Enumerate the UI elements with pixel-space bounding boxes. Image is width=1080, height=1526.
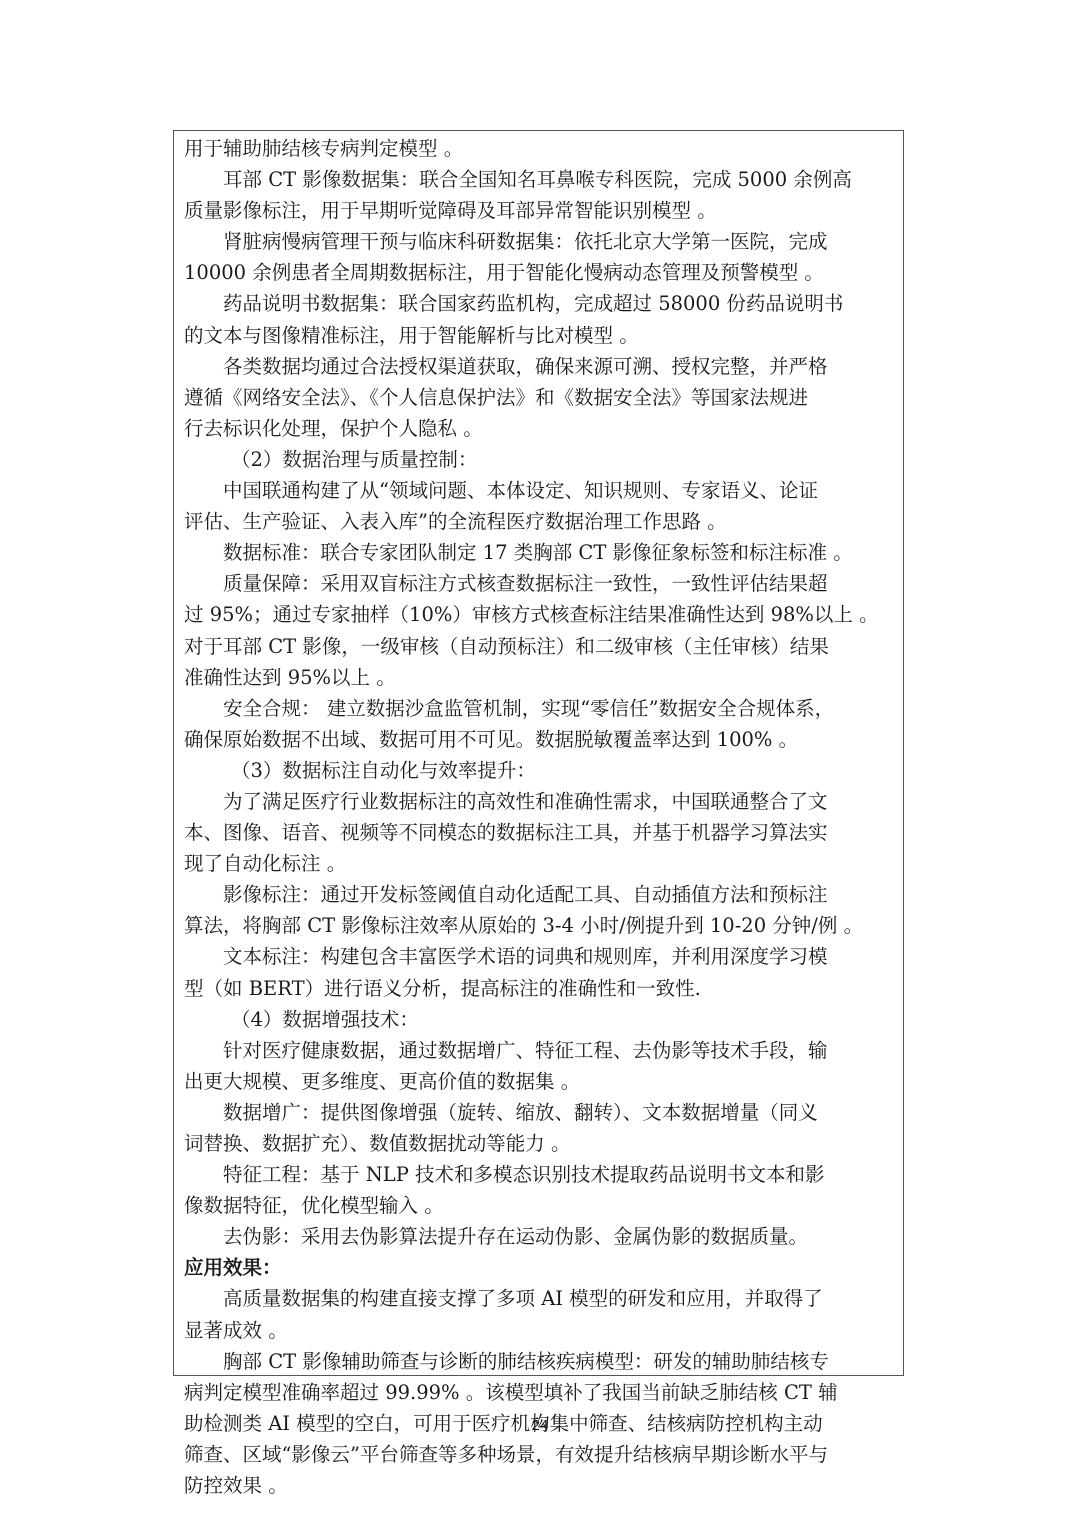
- text-line: 药品说明书数据集：联合国家药监机构，完成超过 58000 份药品说明书: [184, 288, 893, 319]
- paragraph: 高质量数据集的构建直接支撑了多项 AI 模型的研发和应用，并取得了显著成效 。: [184, 1283, 893, 1345]
- subsection-heading: （2）数据治理与质量控制：: [184, 444, 893, 475]
- text-line: 为了满足医疗行业数据标注的高效性和准确性需求，中国联通整合了文: [184, 786, 893, 817]
- text-line: 遵循《网络安全法》、《个人信息保护法》和《数据安全法》等国家法规进: [184, 382, 893, 413]
- paragraph: 针对医疗健康数据，通过数据增广、特征工程、去伪影等技术手段，输出更大规模、更多维…: [184, 1035, 893, 1097]
- text-line: 特征工程：基于 NLP 技术和多模态识别技术提取药品说明书文本和影: [184, 1159, 893, 1190]
- paragraph: 肾脏病慢病管理干预与临床科研数据集：依托北京大学第一医院，完成10000 余例患…: [184, 226, 893, 288]
- paragraph: 数据标准：联合专家团队制定 17 类胸部 CT 影像征象标签和标注标准 。: [184, 537, 893, 568]
- text-line: 的文本与图像精准标注，用于智能解析与比对模型 。: [184, 320, 893, 351]
- text-line: （2）数据治理与质量控制：: [184, 444, 893, 475]
- paragraph: 特征工程：基于 NLP 技术和多模态识别技术提取药品说明书文本和影像数据特征，优…: [184, 1159, 893, 1221]
- section-heading: 应用效果：: [184, 1252, 893, 1283]
- page-number: 24: [0, 1417, 1080, 1434]
- text-line: 耳部 CT 影像数据集：联合全国知名耳鼻喉专科医院，完成 5000 余例高: [184, 164, 893, 195]
- paragraph: 中国联通构建了从“领域问题、本体设定、知识规则、专家语义、论证评估、生产验证、入…: [184, 475, 893, 537]
- text-line: 数据增广：提供图像增强（旋转、缩放、翻转）、文本数据增量（同义: [184, 1097, 893, 1128]
- text-line: 病判定模型准确率超过 99.99% 。该模型填补了我国当前缺乏肺结核 CT 辅: [184, 1377, 893, 1408]
- text-line: 用于辅助肺结核专病判定模型 。: [184, 133, 893, 164]
- text-line: 高质量数据集的构建直接支撑了多项 AI 模型的研发和应用，并取得了: [184, 1283, 893, 1314]
- text-line: 中国联通构建了从“领域问题、本体设定、知识规则、专家语义、论证: [184, 475, 893, 506]
- text-line: 肾脏病慢病管理干预与临床科研数据集：依托北京大学第一医院，完成: [184, 226, 893, 257]
- text-line: （4）数据增强技术：: [184, 1004, 893, 1035]
- paragraph: 安全合规： 建立数据沙盒监管机制，实现“零信任”数据安全合规体系，确保原始数据不…: [184, 693, 893, 755]
- paragraph: 质量保障：采用双盲标注方式核查数据标注一致性，一致性评估结果超过 95%；通过专…: [184, 568, 893, 692]
- text-line: 针对医疗健康数据，通过数据增广、特征工程、去伪影等技术手段，输: [184, 1035, 893, 1066]
- text-line: 胸部 CT 影像辅助筛查与诊断的肺结核疾病模型：研发的辅助肺结核专: [184, 1346, 893, 1377]
- text-line: 确保原始数据不出域、数据可用不可见。数据脱敏覆盖率达到 100% 。: [184, 724, 893, 755]
- paragraph-continuation: 用于辅助肺结核专病判定模型 。: [184, 133, 893, 164]
- text-line: 质量保障：采用双盲标注方式核查数据标注一致性，一致性评估结果超: [184, 568, 893, 599]
- text-line: 出更大规模、更多维度、更高价值的数据集 。: [184, 1066, 893, 1097]
- paragraph: 药品说明书数据集：联合国家药监机构，完成超过 58000 份药品说明书的文本与图…: [184, 288, 893, 350]
- text-line: 防控效果 。: [184, 1470, 893, 1501]
- text-line: 显著成效 。: [184, 1315, 893, 1346]
- paragraph: 去伪影：采用去伪影算法提升存在运动伪影、金属伪影的数据质量。: [184, 1221, 893, 1252]
- paragraph: 耳部 CT 影像数据集：联合全国知名耳鼻喉专科医院，完成 5000 余例高质量影…: [184, 164, 893, 226]
- text-line: 文本标注：构建包含丰富医学术语的词典和规则库，并利用深度学习模: [184, 941, 893, 972]
- text-line: 像数据特征，优化模型输入 。: [184, 1190, 893, 1221]
- text-line: 行去标识化处理，保护个人隐私 。: [184, 413, 893, 444]
- paragraph: 数据增广：提供图像增强（旋转、缩放、翻转）、文本数据增量（同义词替换、数据扩充）…: [184, 1097, 893, 1159]
- content-table-cell: 用于辅助肺结核专病判定模型 。耳部 CT 影像数据集：联合全国知名耳鼻喉专科医院…: [173, 130, 904, 1376]
- text-line: 现了自动化标注 。: [184, 848, 893, 879]
- paragraph: 影像标注：通过开发标签阈值自动化适配工具、自动插值方法和预标注算法，将胸部 CT…: [184, 879, 893, 941]
- text-line: 去伪影：采用去伪影算法提升存在运动伪影、金属伪影的数据质量。: [184, 1221, 893, 1252]
- text-line: 影像标注：通过开发标签阈值自动化适配工具、自动插值方法和预标注: [184, 879, 893, 910]
- paragraph: 为了满足医疗行业数据标注的高效性和准确性需求，中国联通整合了文本、图像、语音、视…: [184, 786, 893, 879]
- paragraph: 文本标注：构建包含丰富医学术语的词典和规则库，并利用深度学习模型（如 BERT）…: [184, 941, 893, 1003]
- document-body: 用于辅助肺结核专病判定模型 。耳部 CT 影像数据集：联合全国知名耳鼻喉专科医院…: [184, 131, 893, 1501]
- text-line: 筛查、区域“影像云”平台筛查等多种场景，有效提升结核病早期诊断水平与: [184, 1439, 893, 1470]
- text-line: 算法，将胸部 CT 影像标注效率从原始的 3-4 小时/例提升到 10-20 分…: [184, 910, 893, 941]
- text-line: 准确性达到 95%以上 。: [184, 662, 893, 693]
- text-line: 对于耳部 CT 影像，一级审核（自动预标注）和二级审核（主任审核）结果: [184, 631, 893, 662]
- paragraph: 各类数据均通过合法授权渠道获取，确保来源可溯、授权完整，并严格遵循《网络安全法》…: [184, 351, 893, 444]
- text-line: 数据标准：联合专家团队制定 17 类胸部 CT 影像征象标签和标注标准 。: [184, 537, 893, 568]
- text-line: 10000 余例患者全周期数据标注，用于智能化慢病动态管理及预警模型 。: [184, 257, 893, 288]
- text-line: 应用效果：: [184, 1252, 893, 1283]
- text-line: 评估、生产验证、入表入库”的全流程医疗数据治理工作思路 。: [184, 506, 893, 537]
- text-line: 安全合规： 建立数据沙盒监管机制，实现“零信任”数据安全合规体系，: [184, 693, 893, 724]
- subsection-heading: （4）数据增强技术：: [184, 1004, 893, 1035]
- text-line: 型（如 BERT）进行语义分析，提高标注的准确性和一致性.: [184, 973, 893, 1004]
- text-line: 过 95%；通过专家抽样（10%）审核方式核查标注结果准确性达到 98%以上 。: [184, 599, 893, 630]
- subsection-heading: （3）数据标注自动化与效率提升：: [184, 755, 893, 786]
- text-line: 质量影像标注，用于早期听觉障碍及耳部异常智能识别模型 。: [184, 195, 893, 226]
- text-line: 词替换、数据扩充）、数值数据扰动等能力 。: [184, 1128, 893, 1159]
- text-line: （3）数据标注自动化与效率提升：: [184, 755, 893, 786]
- text-line: 各类数据均通过合法授权渠道获取，确保来源可溯、授权完整，并严格: [184, 351, 893, 382]
- text-line: 本、图像、语音、视频等不同模态的数据标注工具，并基于机器学习算法实: [184, 817, 893, 848]
